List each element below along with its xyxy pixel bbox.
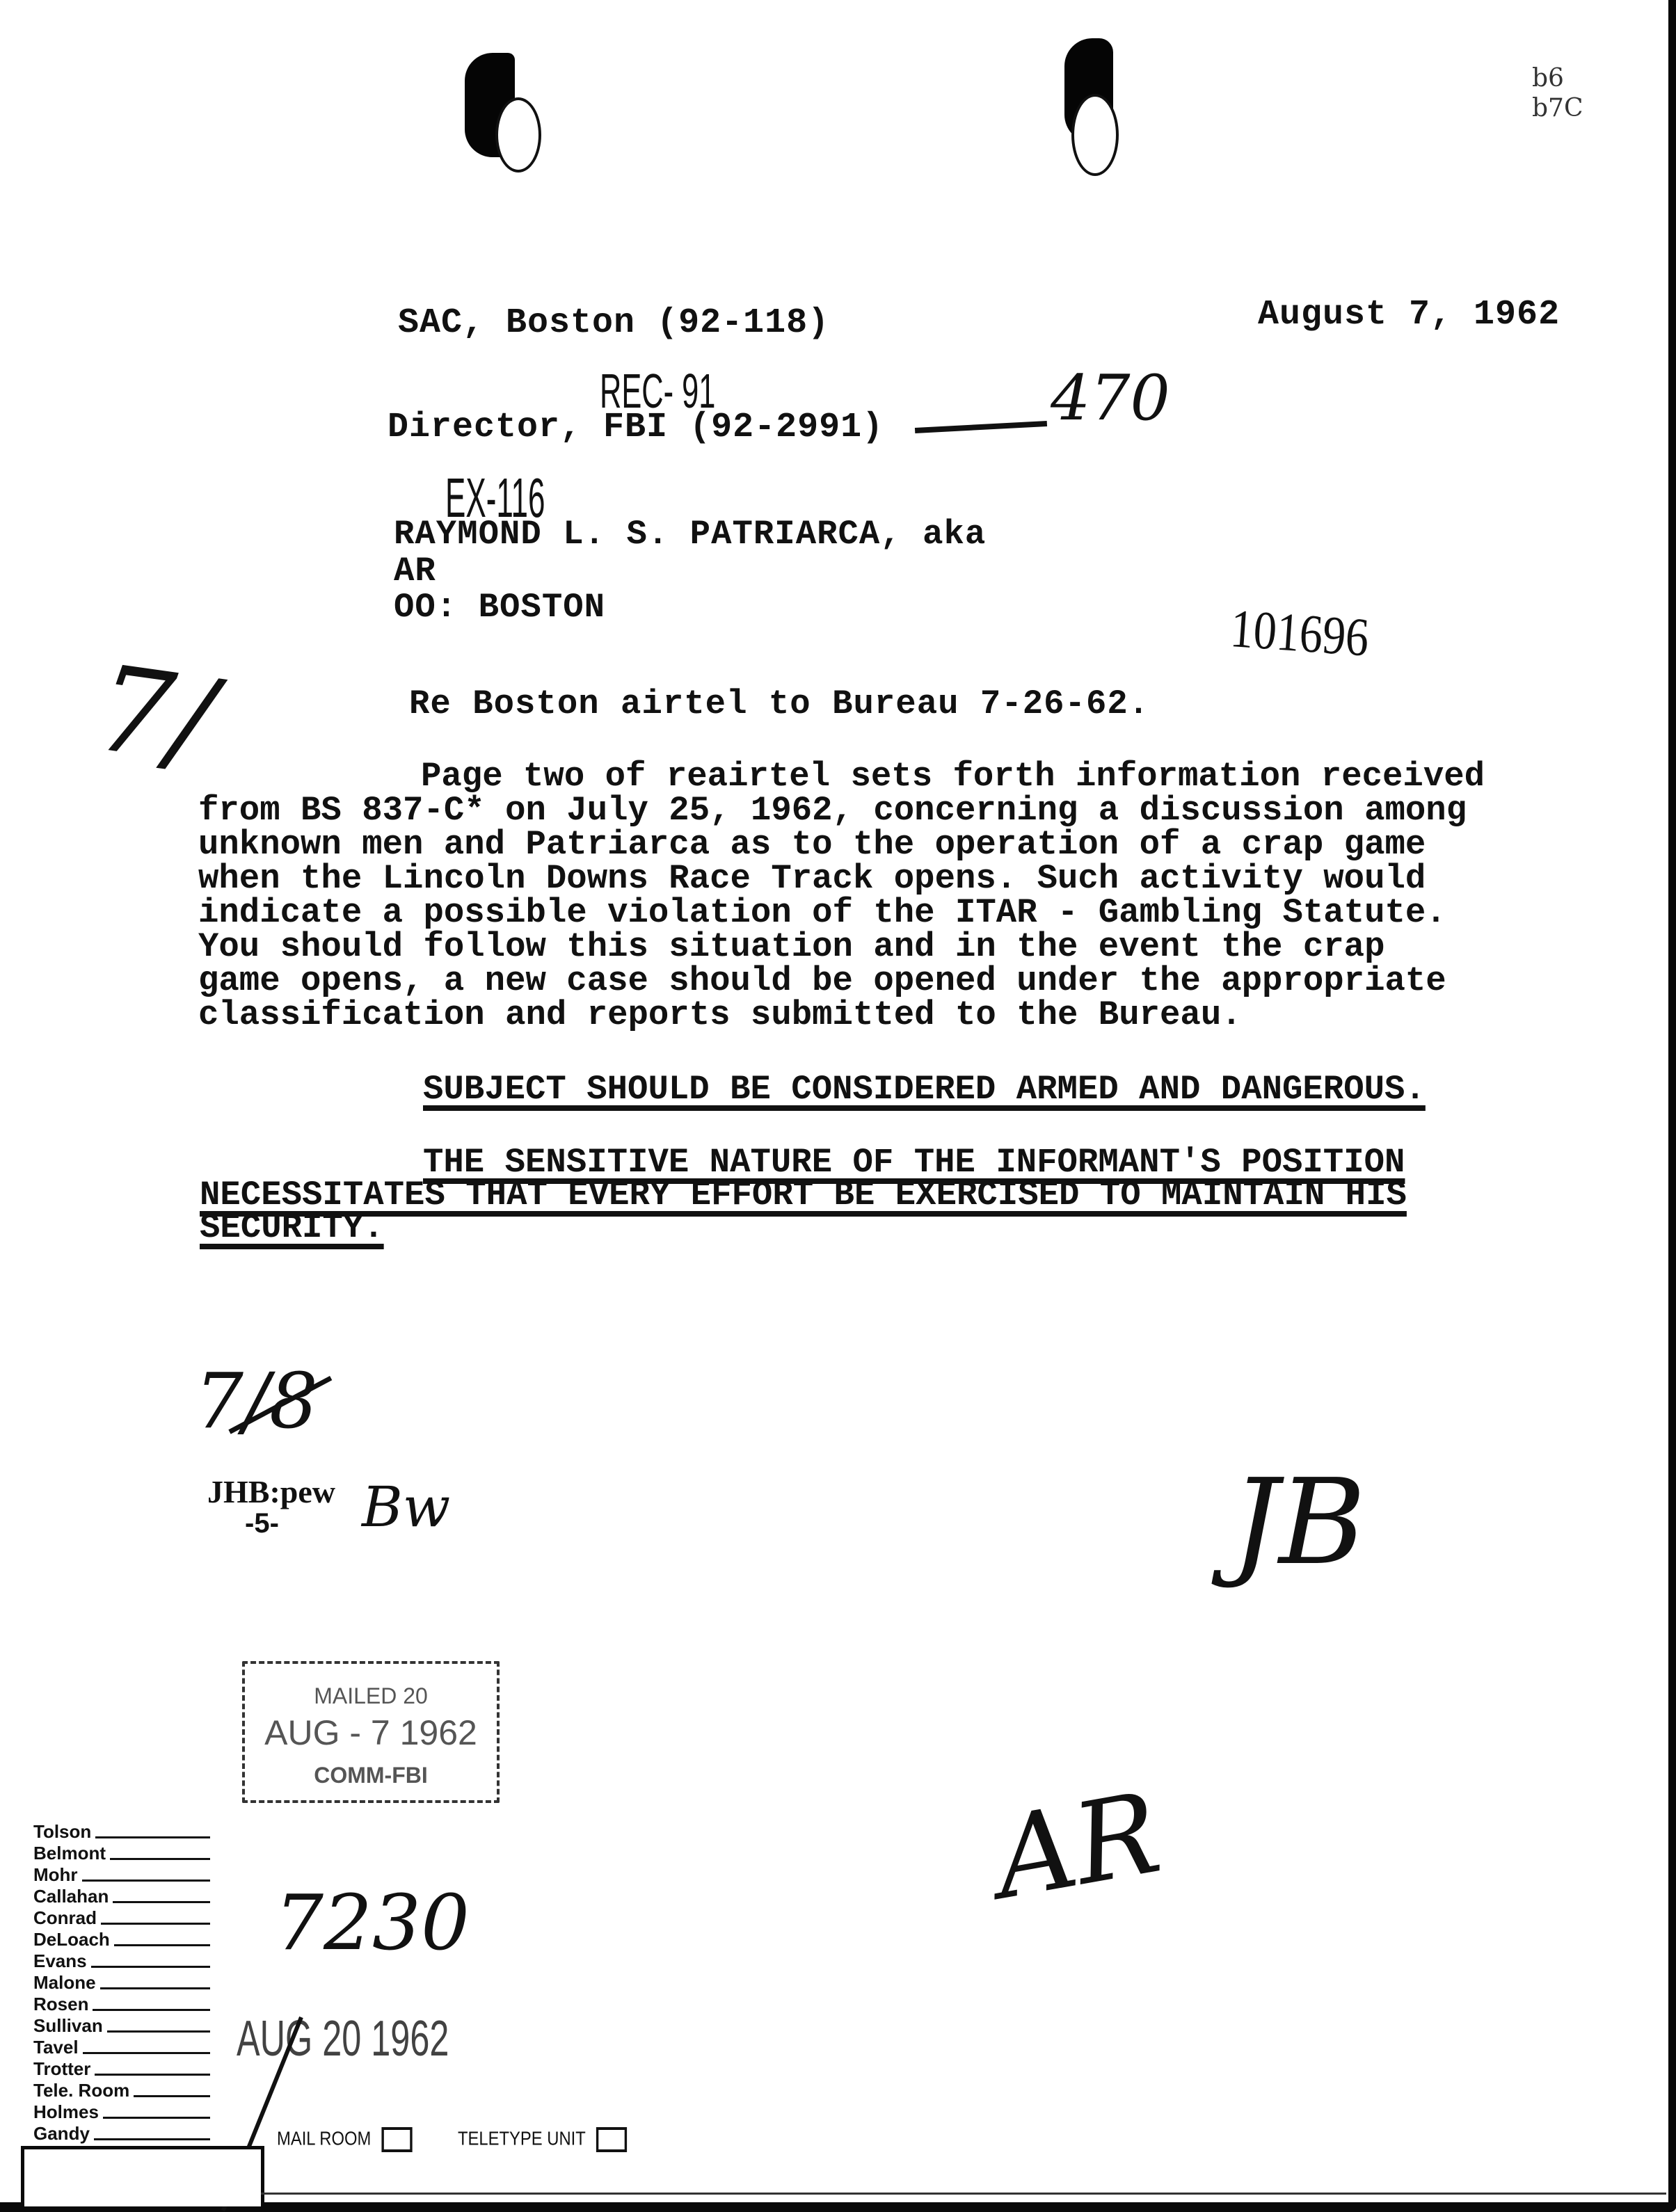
mail-room-label: MAIL ROOM [277,2127,371,2149]
routing-name: Gandy [33,2123,90,2145]
copy-count: -5- [245,1508,279,1539]
routing-list-item: Tavel [33,2037,210,2058]
routing-list: TolsonBelmontMohrCallahanConradDeLoachEv… [33,1821,210,2145]
routing-initial-line [107,2030,210,2033]
routing-list-item: DeLoach [33,1929,210,1950]
serial-number-handwritten: 470 [1051,362,1170,435]
routing-name: Conrad [33,1907,97,1929]
routing-list-item: Tolson [33,1821,210,1843]
paragraph-line: classification and reports submitted to … [198,995,1242,1034]
handwritten-signoff: Bw [362,1475,450,1539]
subject-name: RAYMOND L. S. PATRIARCA, aka [394,515,986,554]
handwritten-initial-right: JB [1231,1454,1366,1592]
paragraph-line: Page two of reairtel sets forth informat… [421,757,1485,796]
routing-name: Sullivan [33,2015,103,2037]
routing-name: Tavel [33,2037,79,2058]
routing-initial-line [110,1858,210,1860]
paragraph-line: from BS 837-C* on July 25, 1962, concern… [198,791,1467,830]
serial-dash [915,421,1047,433]
mailed-stamp-line1: MAILED 20 [245,1683,497,1709]
exemption-code-b6: b6 [1532,64,1564,93]
routing-initial-line [95,2074,210,2076]
handwritten-number: 7230 [275,1878,470,1967]
routing-list-item: Evans [33,1950,210,1972]
routing-list-item: Mohr [33,1864,210,1886]
paragraph-line: indicate a possible violation of the ITA… [198,893,1446,932]
bottom-rule [261,2193,1666,2195]
paragraph-line: game opens, a new case should be opened … [198,961,1446,1000]
routing-list-item: Callahan [33,1886,210,1907]
mail-room-checkbox [381,2127,412,2152]
routing-name: Mohr [33,1864,78,1886]
routing-initial-line [94,2138,210,2140]
routing-list-item: Trotter [33,2058,210,2080]
routing-initial-line [113,1901,210,1903]
routing-name: Tele. Room [33,2080,129,2101]
routing-name: Belmont [33,1843,106,1864]
handwritten-initial-left: 7/ [88,639,221,792]
routing-name: Malone [33,1972,96,1994]
mailed-stamp-date: AUG - 7 1962 [245,1713,497,1753]
subject-line-2: AR [394,552,436,591]
routing-initial-line [82,1880,210,1882]
routing-name: DeLoach [33,1929,110,1950]
office-of-origin: OO: BOSTON [394,588,605,627]
armed-and-dangerous-warning: SUBJECT SHOULD BE CONSIDERED ARMED AND D… [423,1070,1426,1109]
routing-list-item: Holmes [33,2101,210,2123]
typist-initials: JHB:pew [207,1473,335,1510]
paragraph-line: when the Lincoln Downs Race Track opens.… [198,859,1426,898]
routing-list-item: Belmont [33,1843,210,1864]
memo-from: Director, FBI (92-2991) [388,408,884,447]
routing-initial-line [134,2095,210,2097]
memo-to: SAC, Boston (92-118) [398,303,829,343]
mailed-stamp-line3: COMM-FBI [245,1763,497,1788]
routing-initial-line [100,1987,210,1989]
routing-initial-line [95,1836,210,1838]
routing-name: Rosen [33,1994,88,2015]
routing-list-item: Gandy [33,2123,210,2145]
exemption-code-b7c: b7C [1532,94,1583,122]
file-stamp-number: 101696 [1229,597,1371,669]
redaction-box [21,2146,264,2206]
routing-name: Callahan [33,1886,109,1907]
teletype-unit-field: TELETYPE UNIT [458,2127,627,2152]
routing-initial-line [114,1944,210,1946]
reference-line: Re Boston airtel to Bureau 7-26-62. [409,684,1149,723]
document-page: b6 b7C SAC, Boston (92-118) August 7, 19… [0,0,1676,2212]
routing-initial-line [91,1966,210,1968]
routing-list-item: Tele. Room [33,2080,210,2101]
paragraph-line: unknown men and Patriarca as to the oper… [198,825,1426,864]
mail-room-field: MAIL ROOM [277,2127,413,2152]
received-stamp-date: AUG 20 1962 [237,2010,449,2067]
memo-date: August 7, 1962 [1258,295,1560,335]
routing-initial-line [101,1923,210,1925]
routing-initial-line [103,2117,210,2119]
routing-list-item: Sullivan [33,2015,210,2037]
teletype-unit-label: TELETYPE UNIT [458,2127,585,2149]
teletype-unit-checkbox [596,2127,627,2152]
routing-name: Tolson [33,1821,91,1843]
routing-name: Holmes [33,2101,99,2123]
routing-list-item: Malone [33,1972,210,1994]
informant-warning-line: SECURITY. [200,1208,384,1247]
routing-name: Evans [33,1950,87,1972]
routing-list-item: Rosen [33,1994,210,2015]
paragraph-line: You should follow this situation and in … [198,927,1384,966]
routing-list-item: Conrad [33,1907,210,1929]
routing-name: Trotter [33,2058,90,2080]
routing-initial-line [93,2009,210,2011]
routing-initial-line [83,2052,210,2054]
mailed-stamp: MAILED 20 AUG - 7 1962 COMM-FBI [242,1661,500,1803]
handwritten-initial-right-lower: AR [985,1768,1170,1924]
handwritten-initial-lower: 7/8 [195,1356,318,1445]
